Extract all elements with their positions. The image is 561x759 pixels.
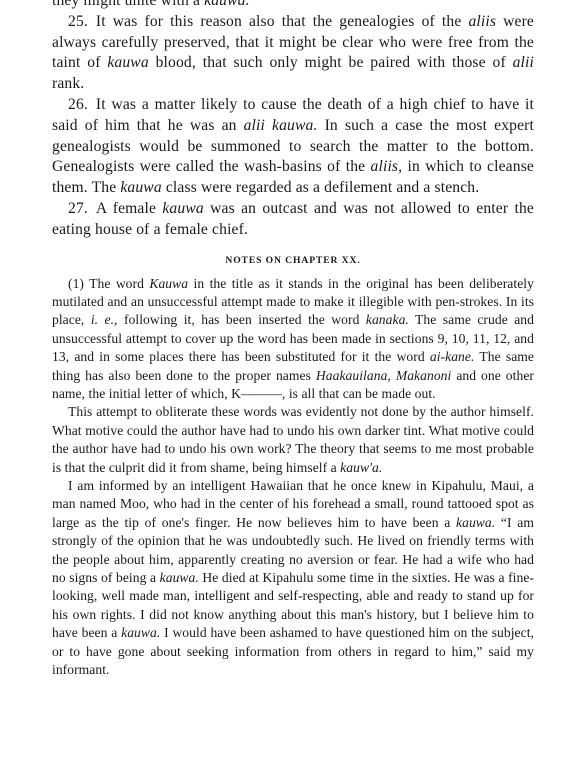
cutoff-line: they might unite with a kauwa. bbox=[52, 0, 534, 12]
section-27: 27. A female kauwa was an outcast and wa… bbox=[52, 199, 534, 241]
note-1: (1) The word Kauwa in the title as it st… bbox=[52, 275, 534, 404]
chapter-body: they might unite with a kauwa. 25. It wa… bbox=[52, 0, 534, 241]
section-number: 27. bbox=[68, 200, 96, 217]
chapter-notes: (1) The word Kauwa in the title as it st… bbox=[52, 275, 534, 680]
notes-heading: Notes on Chapter XX. bbox=[52, 255, 534, 266]
section-number: 25. bbox=[68, 13, 96, 30]
book-page: they might unite with a kauwa. 25. It wa… bbox=[52, 0, 534, 680]
section-26: 26. It was a matter likely to cause the … bbox=[52, 95, 534, 199]
section-number: 26. bbox=[68, 96, 96, 113]
note-paragraph-3: I am informed by an intelligent Hawaiian… bbox=[52, 477, 534, 679]
note-paragraph-2: This attempt to obliterate these words w… bbox=[52, 403, 534, 477]
section-25: 25. It was for this reason also that the… bbox=[52, 12, 534, 95]
